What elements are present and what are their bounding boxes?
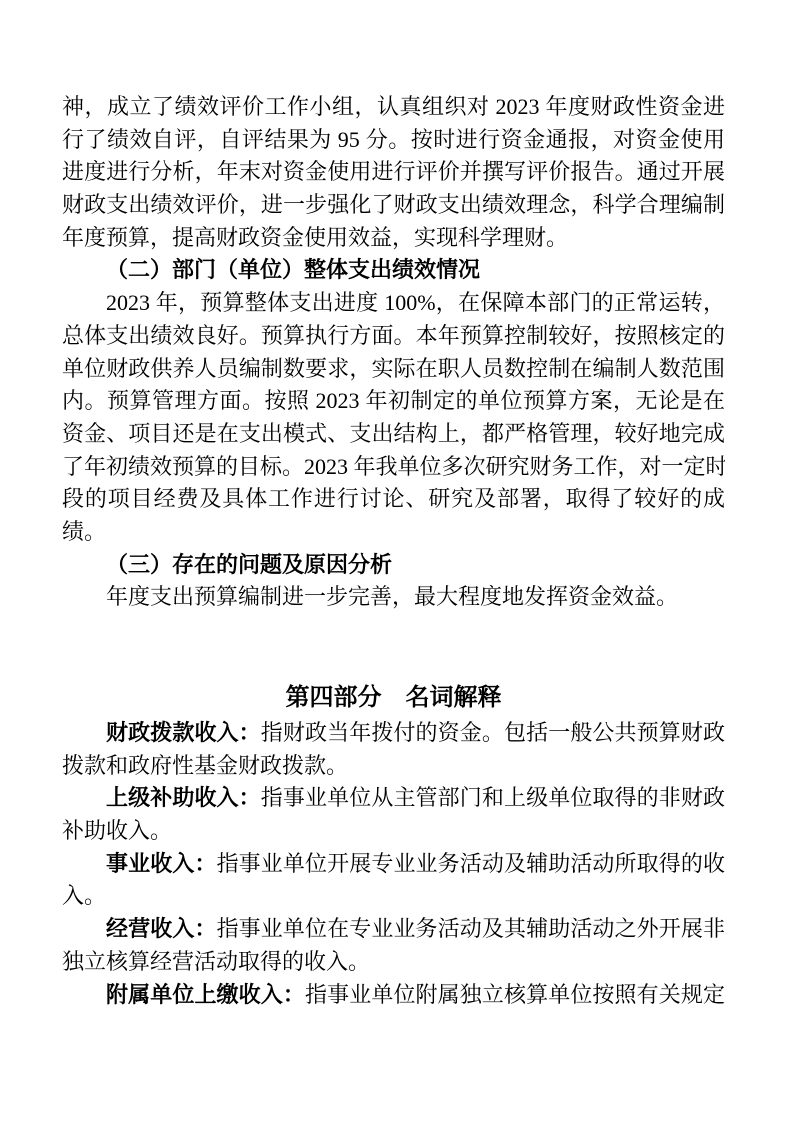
paragraph-line: 进度进行分析，年末对资金使用进行评价并撰写评价报告。通过开展 — [62, 156, 725, 189]
definition-text: 指事业单位开展专业业务活动及辅助活动所取得的收 — [217, 851, 725, 876]
paragraph-line: 内。预算管理方面。按照 2023 年初制定的单位预算方案，无论是在 — [62, 385, 725, 418]
paragraph-line: 绩。 — [62, 516, 725, 549]
definition-term: 事业收入： — [106, 851, 217, 876]
paragraph-line: 资金、项目还是在支出模式、支出结构上，都严格管理，较好地完成 — [62, 418, 725, 451]
definition-text: 指财政当年拨付的资金。包括一般公共预算财政 — [261, 720, 725, 745]
definition-text: 指事业单位在专业业务活动及其辅助活动之外开展非 — [217, 916, 725, 941]
document-page: 神，成立了绩效评价工作小组，认真组织对 2023 年度财政性资金进 行了绩效自评… — [0, 0, 793, 1122]
part4-section-title: 第四部分 名词解释 — [62, 680, 725, 716]
paragraph-line: 神，成立了绩效评价工作小组，认真组织对 2023 年度财政性资金进 — [62, 91, 725, 124]
subsection-heading-2: （二）部门（单位）整体支出绩效情况 — [62, 254, 725, 287]
definition-line: 事业收入：指事业单位开展专业业务活动及辅助活动所取得的收 — [62, 848, 725, 881]
paragraph-line: 行了绩效自评，自评结果为 95 分。按时进行资金通报，对资金使用 — [62, 124, 725, 157]
definition-term: 上级补助收入： — [106, 785, 261, 810]
subsection-heading-3: （三）存在的问题及原因分析 — [62, 549, 725, 582]
definition-line: 经营收入：指事业单位在专业业务活动及其辅助活动之外开展非 — [62, 913, 725, 946]
paragraph-line: 年度支出预算编制进一步完善，最大程度地发挥资金效益。 — [62, 581, 725, 614]
definition-term: 财政拨款收入： — [106, 720, 261, 745]
paragraph-line: 段的项目经费及具体工作进行讨论、研究及部署，取得了较好的成 — [62, 483, 725, 516]
definition-line: 独立核算经营活动取得的收入。 — [62, 946, 725, 979]
definition-line: 入。 — [62, 880, 725, 913]
paragraph-line: 单位财政供养人员编制数要求，实际在职人员数控制在编制人数范围 — [62, 353, 725, 386]
definition-text: 指事业单位从主管部门和上级单位取得的非财政 — [261, 785, 725, 810]
definition-line: 拨款和政府性基金财政拨款。 — [62, 750, 725, 783]
paragraph-line: 年度预算，提高财政资金使用效益，实现科学理财。 — [62, 222, 725, 255]
paragraph-line: 2023 年，预算整体支出进度 100%，在保障本部门的正常运转， — [62, 287, 725, 320]
definition-line: 补助收入。 — [62, 815, 725, 848]
definition-text: 指事业单位附属独立核算单位按照有关规定 — [305, 982, 725, 1007]
definition-line: 财政拨款收入：指财政当年拨付的资金。包括一般公共预算财政 — [62, 717, 725, 750]
paragraph-line: 财政支出绩效评价，进一步强化了财政支出绩效理念，科学合理编制 — [62, 189, 725, 222]
definition-term: 经营收入： — [106, 916, 217, 941]
paragraph-line: 了年初绩效预算的目标。2023 年我单位多次研究财务工作，对一定时 — [62, 451, 725, 484]
paragraph-line: 总体支出绩效良好。预算执行方面。本年预算控制较好，按照核定的 — [62, 320, 725, 353]
definition-line: 上级补助收入：指事业单位从主管部门和上级单位取得的非财政 — [62, 782, 725, 815]
definition-term: 附属单位上缴收入： — [106, 982, 305, 1007]
definition-line: 附属单位上缴收入：指事业单位附属独立核算单位按照有关规定 — [62, 979, 725, 1012]
